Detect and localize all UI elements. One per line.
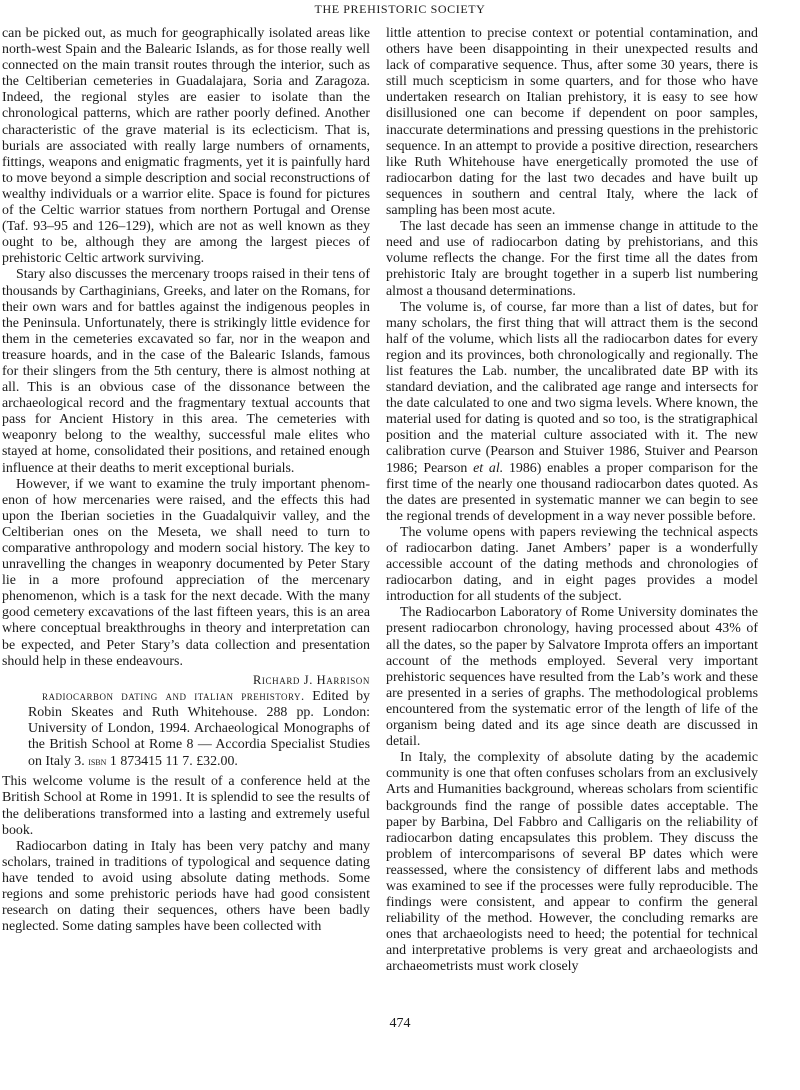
right-column: little attention to precise context or p…: [386, 26, 758, 976]
body-paragraph: The last decade has seen an immense chan…: [386, 219, 758, 299]
running-head: The Prehistoric Society: [0, 2, 800, 17]
review-book-title: Radiocarbon Dating and Italian Prehistor…: [42, 689, 305, 703]
isbn-label: ISBN: [88, 754, 106, 768]
body-paragraph: Radiocarbon dating in Italy has been ver…: [2, 839, 370, 936]
reviewer-signature: Richard J. Harrison: [2, 672, 370, 688]
page-number: 474: [0, 1016, 800, 1032]
body-paragraph: The Radiocarbon Laboratory of Rome Unive…: [386, 605, 758, 750]
body-paragraph: In Italy, the complexity of absolute dat…: [386, 750, 758, 975]
body-paragraph: Stary also discusses the mercenary troop…: [2, 267, 370, 476]
review-body: This welcome volume is the result of a c…: [2, 774, 370, 935]
body-paragraph: little attention to precise context or p…: [386, 26, 758, 219]
body-paragraph: However, if we want to examine the truly…: [2, 477, 370, 670]
body-paragraph: This welcome volume is the result of a c…: [2, 774, 370, 838]
body-paragraph: can be picked out, as much for geographi…: [2, 26, 370, 267]
left-column: can be picked out, as much for geographi…: [2, 26, 370, 935]
text-run: The volume is, of course, far more than …: [386, 300, 758, 476]
isbn-price: 1 873415 11 7. £32.00.: [106, 754, 237, 769]
review-citation-heading: Radiocarbon Dating and Italian Prehistor…: [2, 688, 370, 770]
body-paragraph: The volume opens with papers reviewing t…: [386, 525, 758, 605]
italic-text-run: et al.: [473, 461, 503, 476]
body-paragraph: The volume is, of course, far more than …: [386, 300, 758, 525]
